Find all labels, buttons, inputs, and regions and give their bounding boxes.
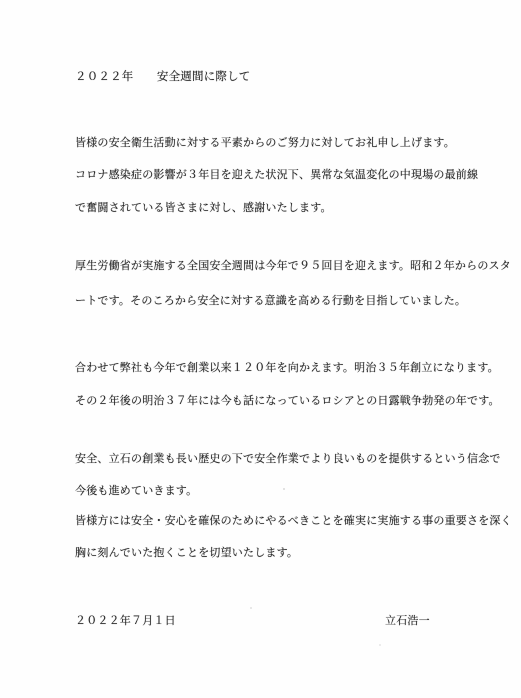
letter-body-line: で奮闘されている皆さまに対し、感謝いたします。 xyxy=(75,203,332,214)
letter-signature: 立石浩一 xyxy=(385,616,430,627)
letter-body-line: コロナ感染症の影響が３年目を迎えた状況下、異常な気温変化の中現場の最前線 xyxy=(75,170,478,181)
letter-body-line: 今後も進めていきます。 xyxy=(75,486,197,497)
letter-body-line: その２年後の明治３７年には今も話になっているロシアとの日露戦争勃発の年です。 xyxy=(75,396,500,407)
scan-speck xyxy=(250,607,252,609)
letter-body-line: ートです。そのころから安全に対する意識を高める行動を目指していました。 xyxy=(75,296,466,307)
scan-speck xyxy=(283,488,285,490)
letter-body-line: 皆様の安全衛生活動に対する平素からのご努力に対してお礼申し上げます。 xyxy=(75,138,455,149)
letter-body-line: 合わせて弊社も今年で創業以来１２０年を向かえます。明治３５年創立になります。 xyxy=(75,363,499,374)
letter-date: ２０２２年７月１日 xyxy=(75,616,176,627)
scan-speck xyxy=(379,644,381,646)
letter-body-line: 胸に刻んでいた抱くことを切望いたします。 xyxy=(75,548,298,559)
scanned-letter-page: ２０２２年 安全週間に際して 皆様の安全衛生活動に対する平素からのご努力に対して… xyxy=(0,0,521,698)
letter-body-line: 皆様方には安全・安心を確保のためにやるべきことを確実に実施する事の重要さを深く xyxy=(75,516,512,527)
letter-body-line: 厚生労働省が実施する全国安全週間は今年で９５回目を迎えます。昭和２年からのスタ xyxy=(75,261,511,272)
letter-body-line: 安全、立石の創業も長い歴史の下で安全作業でより良いものを提供するという信念で xyxy=(75,454,501,465)
letter-title: ２０２２年 安全週間に際して xyxy=(75,72,251,84)
